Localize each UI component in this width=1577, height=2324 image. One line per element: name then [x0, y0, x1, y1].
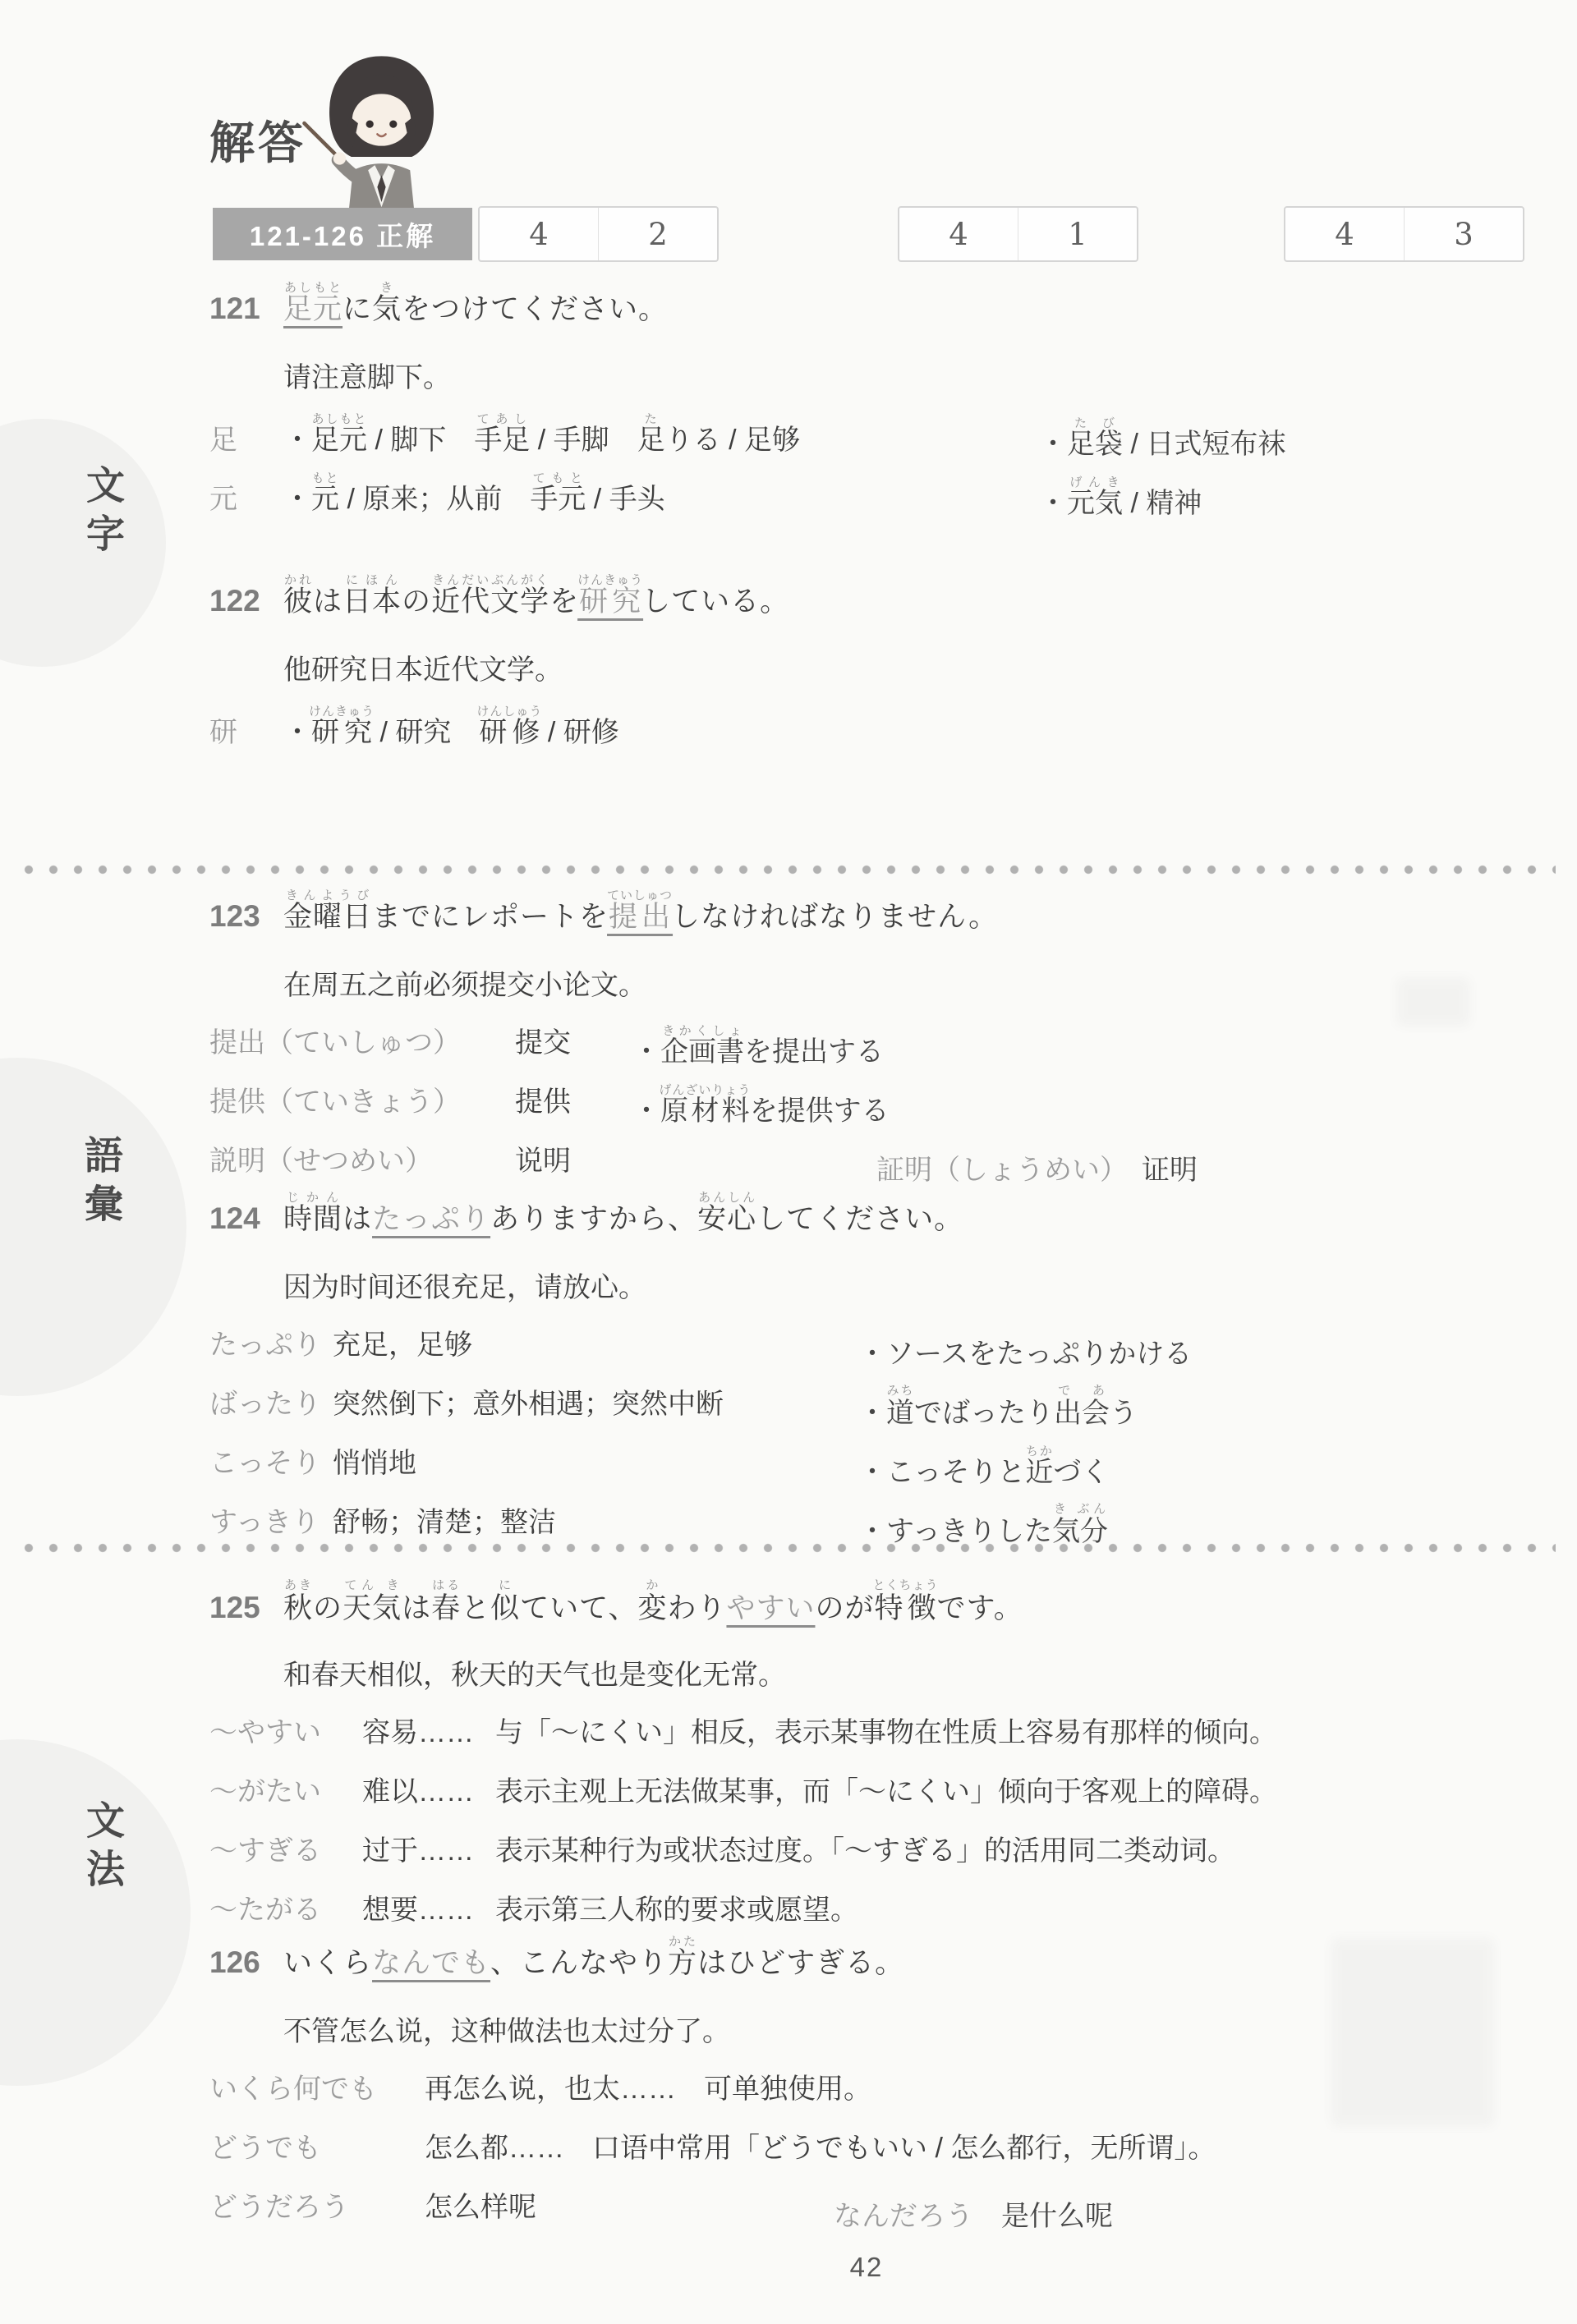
question-number: 123 [209, 899, 283, 934]
vocab-row: 足 ・足元あしもと / 脚下 手足てあし / 手脚 足たりる / 足够 ・足袋た… [209, 412, 1532, 471]
answer-box-group: 4 2 [478, 206, 719, 262]
vocab-definition: 说明 [515, 1138, 571, 1178]
vocab-definition: 提供 [515, 1079, 571, 1119]
question-sentence-line: 123 金曜日きんようびまでにレポートを提出ていしゅつしなければなりません。 [209, 889, 1532, 956]
question-125: 125 秋あきの天気てん きは春はると似にていて、変かわりやすいのが特徴とくちょ… [209, 1578, 1532, 1946]
vocab-example: ・元気げんき / 精神 [1039, 475, 1202, 521]
vocab-example: ・企画書きかくしょを提出する [632, 1024, 884, 1069]
vocab-definition: 怎么都…… 口语中常用「どうでもいい / 怎么都行，无所谓」。 [425, 2125, 1216, 2166]
vocab-definition: 再怎么说，也太…… 可单独使用。 [425, 2066, 871, 2106]
question-sentence: 時間じかんはたっぷりありますから、安心あんしんしてください。 [283, 1191, 963, 1238]
vocab-key: どうでも [209, 2125, 425, 2166]
answer-cell: 1 [1018, 208, 1137, 260]
vocab-definition: 突然倒下；意外相遇；突然中断 [333, 1381, 724, 1421]
vocab-example: ・原材料げんざいりょうを提供する [632, 1083, 890, 1128]
vocab-definition: ・足元あしもと / 脚下 手足てあし / 手脚 足たりる / 足够 [283, 412, 800, 457]
vocab-definition: ・研究けんきゅう / 研究 研修けんしゅう / 研修 [283, 705, 619, 750]
vocab-explanation: 表示主观上无法做某事，而「～にくい」倾向于客观上的障碍。 [495, 1769, 1277, 1809]
answer-cell: 3 [1404, 208, 1523, 260]
vocab-explanation: 表示某种行为或状态过度。「～すぎる」的活用同二类动词。 [495, 1828, 1235, 1868]
vocab-example: 証明（しょうめい） 证明 [876, 1147, 1198, 1187]
scan-show-through [1396, 977, 1470, 1027]
vocab-row: たっぷり 充足，足够 ・ソースをたっぷりかける [209, 1322, 1532, 1381]
vocab-key: 研 [209, 710, 283, 750]
answer-cell: 4 [480, 208, 598, 260]
vocab-key: 説明（せつめい） [209, 1138, 515, 1178]
question-sentence: 足元あしもとに気きをつけてください。 [283, 281, 668, 328]
teacher-girl-illustration-icon [297, 43, 466, 236]
vocab-row: どうだろう 怎么样呢 なんだろう 是什么呢 [209, 2184, 1532, 2244]
dotted-section-divider [23, 1542, 1556, 1554]
vocab-explanation: 表示第三人称的要求或愿望。 [495, 1887, 858, 1927]
vocab-key: 足 [209, 417, 283, 457]
vocab-key: ～すぎる [209, 1828, 362, 1868]
question-124: 124 時間じかんはたっぷりありますから、安心あんしんしてください。 因为时间还… [209, 1191, 1532, 1559]
answer-cell: 2 [598, 208, 717, 260]
page-number: 42 [209, 2252, 1524, 2283]
vocab-definition: 过于…… [362, 1828, 495, 1868]
vocab-example: ・足袋たび / 日式短布袜 [1039, 416, 1285, 462]
vocab-key: いくら何でも [209, 2066, 425, 2106]
question-123: 123 金曜日きんようびまでにレポートを提出ていしゅつしなければなりません。 在… [209, 889, 1532, 1197]
vocab-definition: 舒畅；清楚；整洁 [333, 1500, 556, 1540]
question-number: 124 [209, 1201, 283, 1236]
vocab-row: ～すぎる 过于…… 表示某种行为或状态过度。「～すぎる」的活用同二类动词。 [209, 1828, 1532, 1887]
vocab-explanation: 与「～にくい」相反，表示某事物在性质上容易有那样的倾向。 [495, 1710, 1277, 1750]
answer-box-group: 4 1 [898, 206, 1138, 262]
answer-box-group: 4 3 [1284, 206, 1524, 262]
sidebar-tab-label: 文字 [76, 465, 131, 562]
scan-show-through [1331, 1938, 1495, 2127]
sidebar-tab-label: 語彙 [74, 1135, 129, 1232]
vocab-key: ～たがる [209, 1887, 362, 1927]
vocab-row: 提供（ていきょう） 提供 ・原材料げんざいりょうを提供する [209, 1079, 1532, 1138]
question-translation: 请注意脚下。 [283, 355, 1532, 396]
question-122: 122 彼かれは日本にほんの近代文学きんだいぶんがくを研究けんきゅうしている。 … [209, 573, 1532, 764]
vocab-row: ばったり 突然倒下；意外相遇；突然中断 ・道みちでばったり出会で あう [209, 1381, 1532, 1440]
question-translation: 在周五之前必须提交小论文。 [283, 962, 1532, 1004]
vocab-row: 提出（ていしゅつ） 提交 ・企画書きかくしょを提出する [209, 1020, 1532, 1079]
vocab-definition: 怎么样呢 [425, 2184, 536, 2225]
question-translation: 因为时间还很充足，请放心。 [283, 1265, 1532, 1306]
answer-cell: 4 [1285, 208, 1404, 260]
question-sentence-line: 122 彼かれは日本にほんの近代文学きんだいぶんがくを研究けんきゅうしている。 [209, 573, 1532, 641]
dotted-section-divider [23, 864, 1556, 875]
vocab-definition: ・元もと / 原来；从前 手元てもと / 手头 [283, 471, 665, 517]
question-translation: 他研究日本近代文学。 [283, 647, 1532, 688]
vocab-example: ・こっそりと近ちかづく [858, 1444, 1109, 1490]
vocab-key: 提供（ていきょう） [209, 1079, 515, 1119]
vocab-example: ・ソースをたっぷりかける [858, 1331, 1192, 1371]
textbook-answer-page: { "page": { "heading": "解答", "page_numbe… [0, 0, 1577, 2324]
answer-cell: 4 [899, 208, 1018, 260]
question-number: 122 [209, 584, 283, 618]
sidebar-tab-bunpo: 文法 [0, 1739, 191, 2086]
vocab-definition: 充足，足够 [333, 1322, 472, 1362]
vocab-key: たっぷり [209, 1322, 333, 1362]
vocab-key: ～やすい [209, 1710, 362, 1750]
vocab-key: すっきり [209, 1500, 333, 1540]
vocab-key: こっそり [209, 1440, 333, 1481]
vocab-row: こっそり 悄悄地 ・こっそりと近ちかづく [209, 1440, 1532, 1500]
vocab-row: 元 ・元もと / 原来；从前 手元てもと / 手头 ・元気げんき / 精神 [209, 471, 1532, 530]
question-number: 125 [209, 1591, 283, 1625]
question-sentence: 彼かれは日本にほんの近代文学きんだいぶんがくを研究けんきゅうしている。 [283, 573, 789, 620]
vocab-row: 説明（せつめい） 说明 証明（しょうめい） 证明 [209, 1138, 1532, 1197]
question-sentence: 金曜日きんようびまでにレポートを提出ていしゅつしなければなりません。 [283, 889, 998, 935]
question-sentence-line: 125 秋あきの天気てん きは春はると似にていて、変かわりやすいのが特徴とくちょ… [209, 1578, 1532, 1646]
vocab-definition: 悄悄地 [333, 1440, 416, 1481]
vocab-key: 提出（ていしゅつ） [209, 1020, 515, 1060]
vocab-row: ～がたい 难以…… 表示主观上无法做某事，而「～にくい」倾向于客观上的障碍。 [209, 1769, 1532, 1828]
sidebar-tab-moji: 文字 [0, 419, 166, 667]
vocab-example: なんだろう 是什么呢 [834, 2193, 1113, 2234]
page-title: 解答 [209, 107, 306, 172]
vocab-key: ばったり [209, 1381, 333, 1421]
sidebar-tab-goi: 語彙 [0, 1058, 186, 1396]
question-number: 121 [209, 292, 283, 326]
question-121: 121 足元あしもとに気きをつけてください。 请注意脚下。 足 ・足元あしもと … [209, 281, 1532, 530]
vocab-definition: 容易…… [362, 1710, 495, 1750]
vocab-definition: 提交 [515, 1020, 571, 1060]
question-sentence-line: 124 時間じかんはたっぷりありますから、安心あんしんしてください。 [209, 1191, 1532, 1258]
vocab-row: ～やすい 容易…… 与「～にくい」相反，表示某事物在性质上容易有那样的倾向。 [209, 1710, 1532, 1769]
vocab-row: どうでも 怎么都…… 口语中常用「どうでもいい / 怎么都行，无所谓」。 [209, 2125, 1532, 2184]
question-sentence: いくらなんでも、こんなやり方かたはひどすぎる。 [283, 1935, 904, 1982]
question-sentence-line: 121 足元あしもとに気きをつけてください。 [209, 281, 1532, 348]
sidebar-tab-label: 文法 [76, 1800, 131, 1897]
question-sentence: 秋あきの天気てん きは春はると似にていて、変かわりやすいのが特徴とくちょうです。 [283, 1578, 1023, 1627]
question-number: 126 [209, 1945, 283, 1980]
vocab-key: どうだろう [209, 2184, 425, 2225]
vocab-definition: 想要…… [362, 1887, 495, 1927]
question-translation: 和春天相似，秋天的天气也是变化无常。 [283, 1652, 1532, 1693]
vocab-key: 元 [209, 476, 283, 517]
vocab-row: 研 ・研究けんきゅう / 研究 研修けんしゅう / 研修 [209, 705, 1532, 764]
answer-range-label: 121-126 正解 [213, 208, 472, 260]
vocab-example: ・道みちでばったり出会で あう [858, 1384, 1138, 1431]
vocab-key: ～がたい [209, 1769, 362, 1809]
vocab-definition: 难以…… [362, 1769, 495, 1809]
